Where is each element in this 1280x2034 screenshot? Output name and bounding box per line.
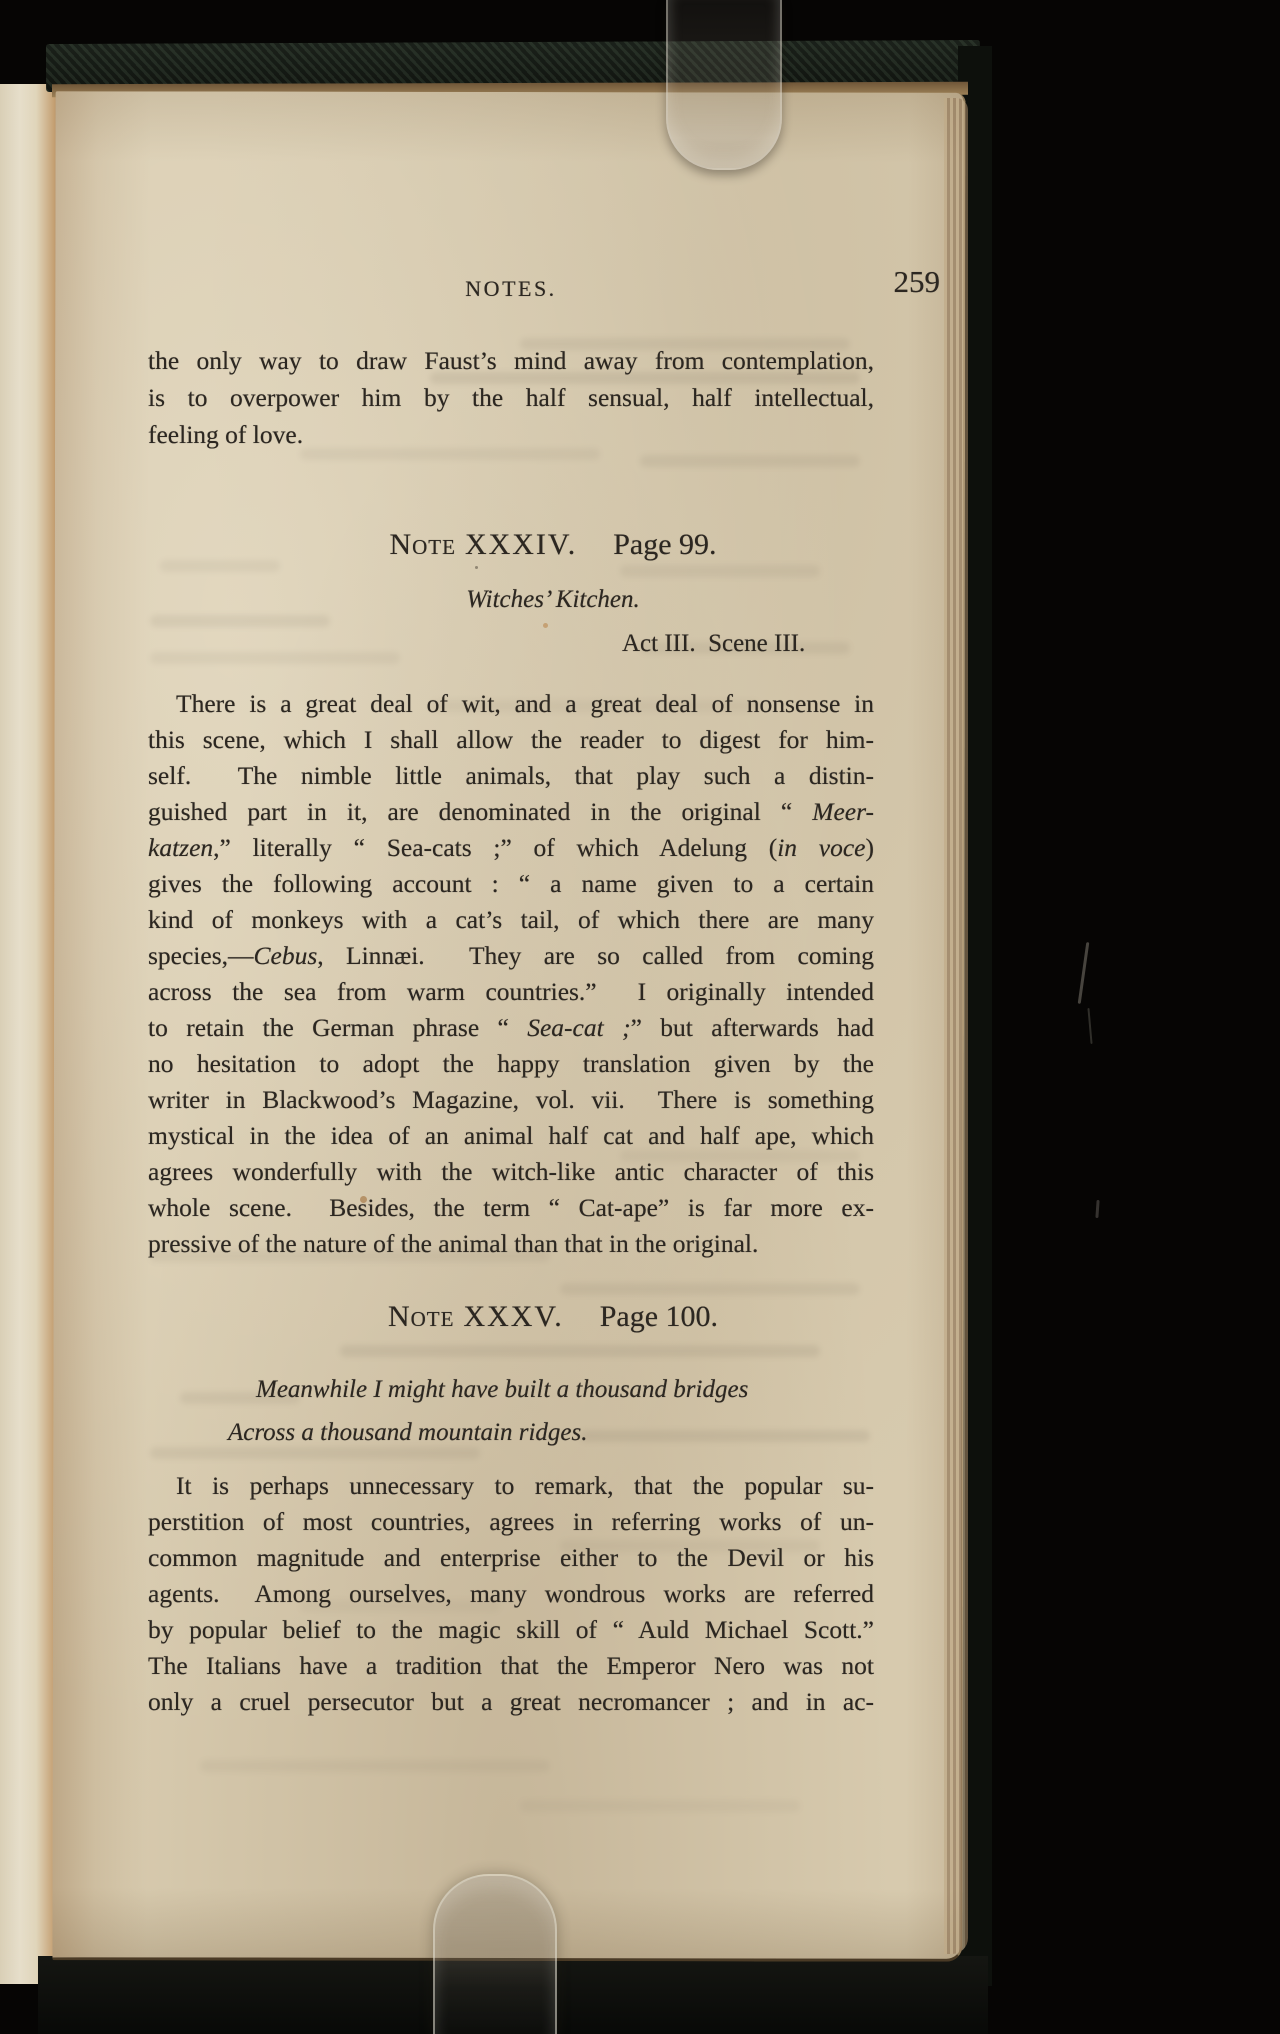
note-34-subtitle: Witches’ Kitchen.: [190, 586, 916, 614]
note-35-heading: NoteXXXV.Page 100.: [190, 1300, 916, 1334]
text-line: common magnitude and enterprise either t…: [148, 1540, 874, 1576]
paragraph-note-34: There is a great deal of wit, and a grea…: [148, 686, 874, 1262]
text-line: agents. Among ourselves, many wondrous w…: [148, 1576, 874, 1612]
text-line: the only way to draw Faust’s mind away f…: [148, 342, 874, 379]
note-page-ref: Page 100.: [600, 1300, 718, 1333]
verse-line: Meanwhile I might have built a thousand …: [256, 1368, 748, 1411]
note-label: Note: [389, 528, 456, 561]
text-line: whole scene. Besides, the term “ Cat-ape…: [148, 1190, 874, 1226]
paragraph-continuation: the only way to draw Faust’s mind away f…: [148, 342, 874, 453]
page-number: 259: [800, 264, 940, 300]
text-line: mystical in the idea of an animal half c…: [148, 1118, 874, 1154]
text-line: guished part in it, are denominated in t…: [148, 794, 874, 830]
text-line: There is a great deal of wit, and a grea…: [148, 686, 874, 722]
verse-line: Across a thousand mountain ridges.: [228, 1411, 748, 1454]
text-line: gives the following account : “ a name g…: [148, 866, 874, 902]
text-line: It is perhaps unnecessary to remark, tha…: [148, 1468, 874, 1504]
text-line: species,—Cebus, Linnæi. They are so call…: [148, 938, 874, 974]
text-line: agrees wonderfully with the witch-like a…: [148, 1154, 874, 1190]
page-holder-tab-bottom: [433, 1874, 557, 2034]
paper-stain: [475, 566, 478, 569]
text-line: kind of monkeys with a cat’s tail, of wh…: [148, 902, 874, 938]
text-line: writer in Blackwood’s Magazine, vol. vii…: [148, 1082, 874, 1118]
paragraph-note-35: It is perhaps unnecessary to remark, tha…: [148, 1468, 874, 1720]
note-label: Note: [388, 1300, 455, 1333]
quoted-verse: Meanwhile I might have built a thousand …: [256, 1368, 748, 1454]
text-line: by popular belief to the magic skill of …: [148, 1612, 874, 1648]
note-numeral: XXXIV.: [465, 528, 577, 561]
running-head: NOTES.: [148, 276, 874, 302]
note-numeral: XXXV.: [463, 1300, 563, 1333]
paper-stain: [360, 1196, 367, 1203]
text-line: katzen,” literally “ Sea-cats ;” of whic…: [148, 830, 874, 866]
text-line: is to overpower him by the half sensual,…: [148, 379, 874, 416]
text-line: to retain the German phrase “ Sea-cat ;”…: [148, 1010, 874, 1046]
text-line: no hesitation to adopt the happy transla…: [148, 1046, 874, 1082]
text-line: only a cruel persecutor but a great necr…: [148, 1684, 874, 1720]
page-holder-tab-top: [666, 0, 782, 170]
paper-stain: [543, 623, 548, 628]
text-line: pressive of the nature of the animal tha…: [148, 1226, 874, 1262]
text-line: this scene, which I shall allow the read…: [148, 722, 874, 758]
note-page-ref: Page 99.: [613, 528, 716, 561]
text-line: perstition of most countries, agrees in …: [148, 1504, 874, 1540]
note-34-scene: Act III. Scene III.: [622, 630, 805, 658]
note-34-heading: NoteXXXIV.Page 99.: [190, 528, 916, 562]
book-scan: NOTES. 259 the only way to draw Faust’s …: [0, 0, 1280, 2034]
text-line: The Italians have a tradition that the E…: [148, 1648, 874, 1684]
text-line: feeling of love.: [148, 416, 874, 453]
text-line: self. The nimble little animals, that pl…: [148, 758, 874, 794]
text-line: across the sea from warm countries.” I o…: [148, 974, 874, 1010]
